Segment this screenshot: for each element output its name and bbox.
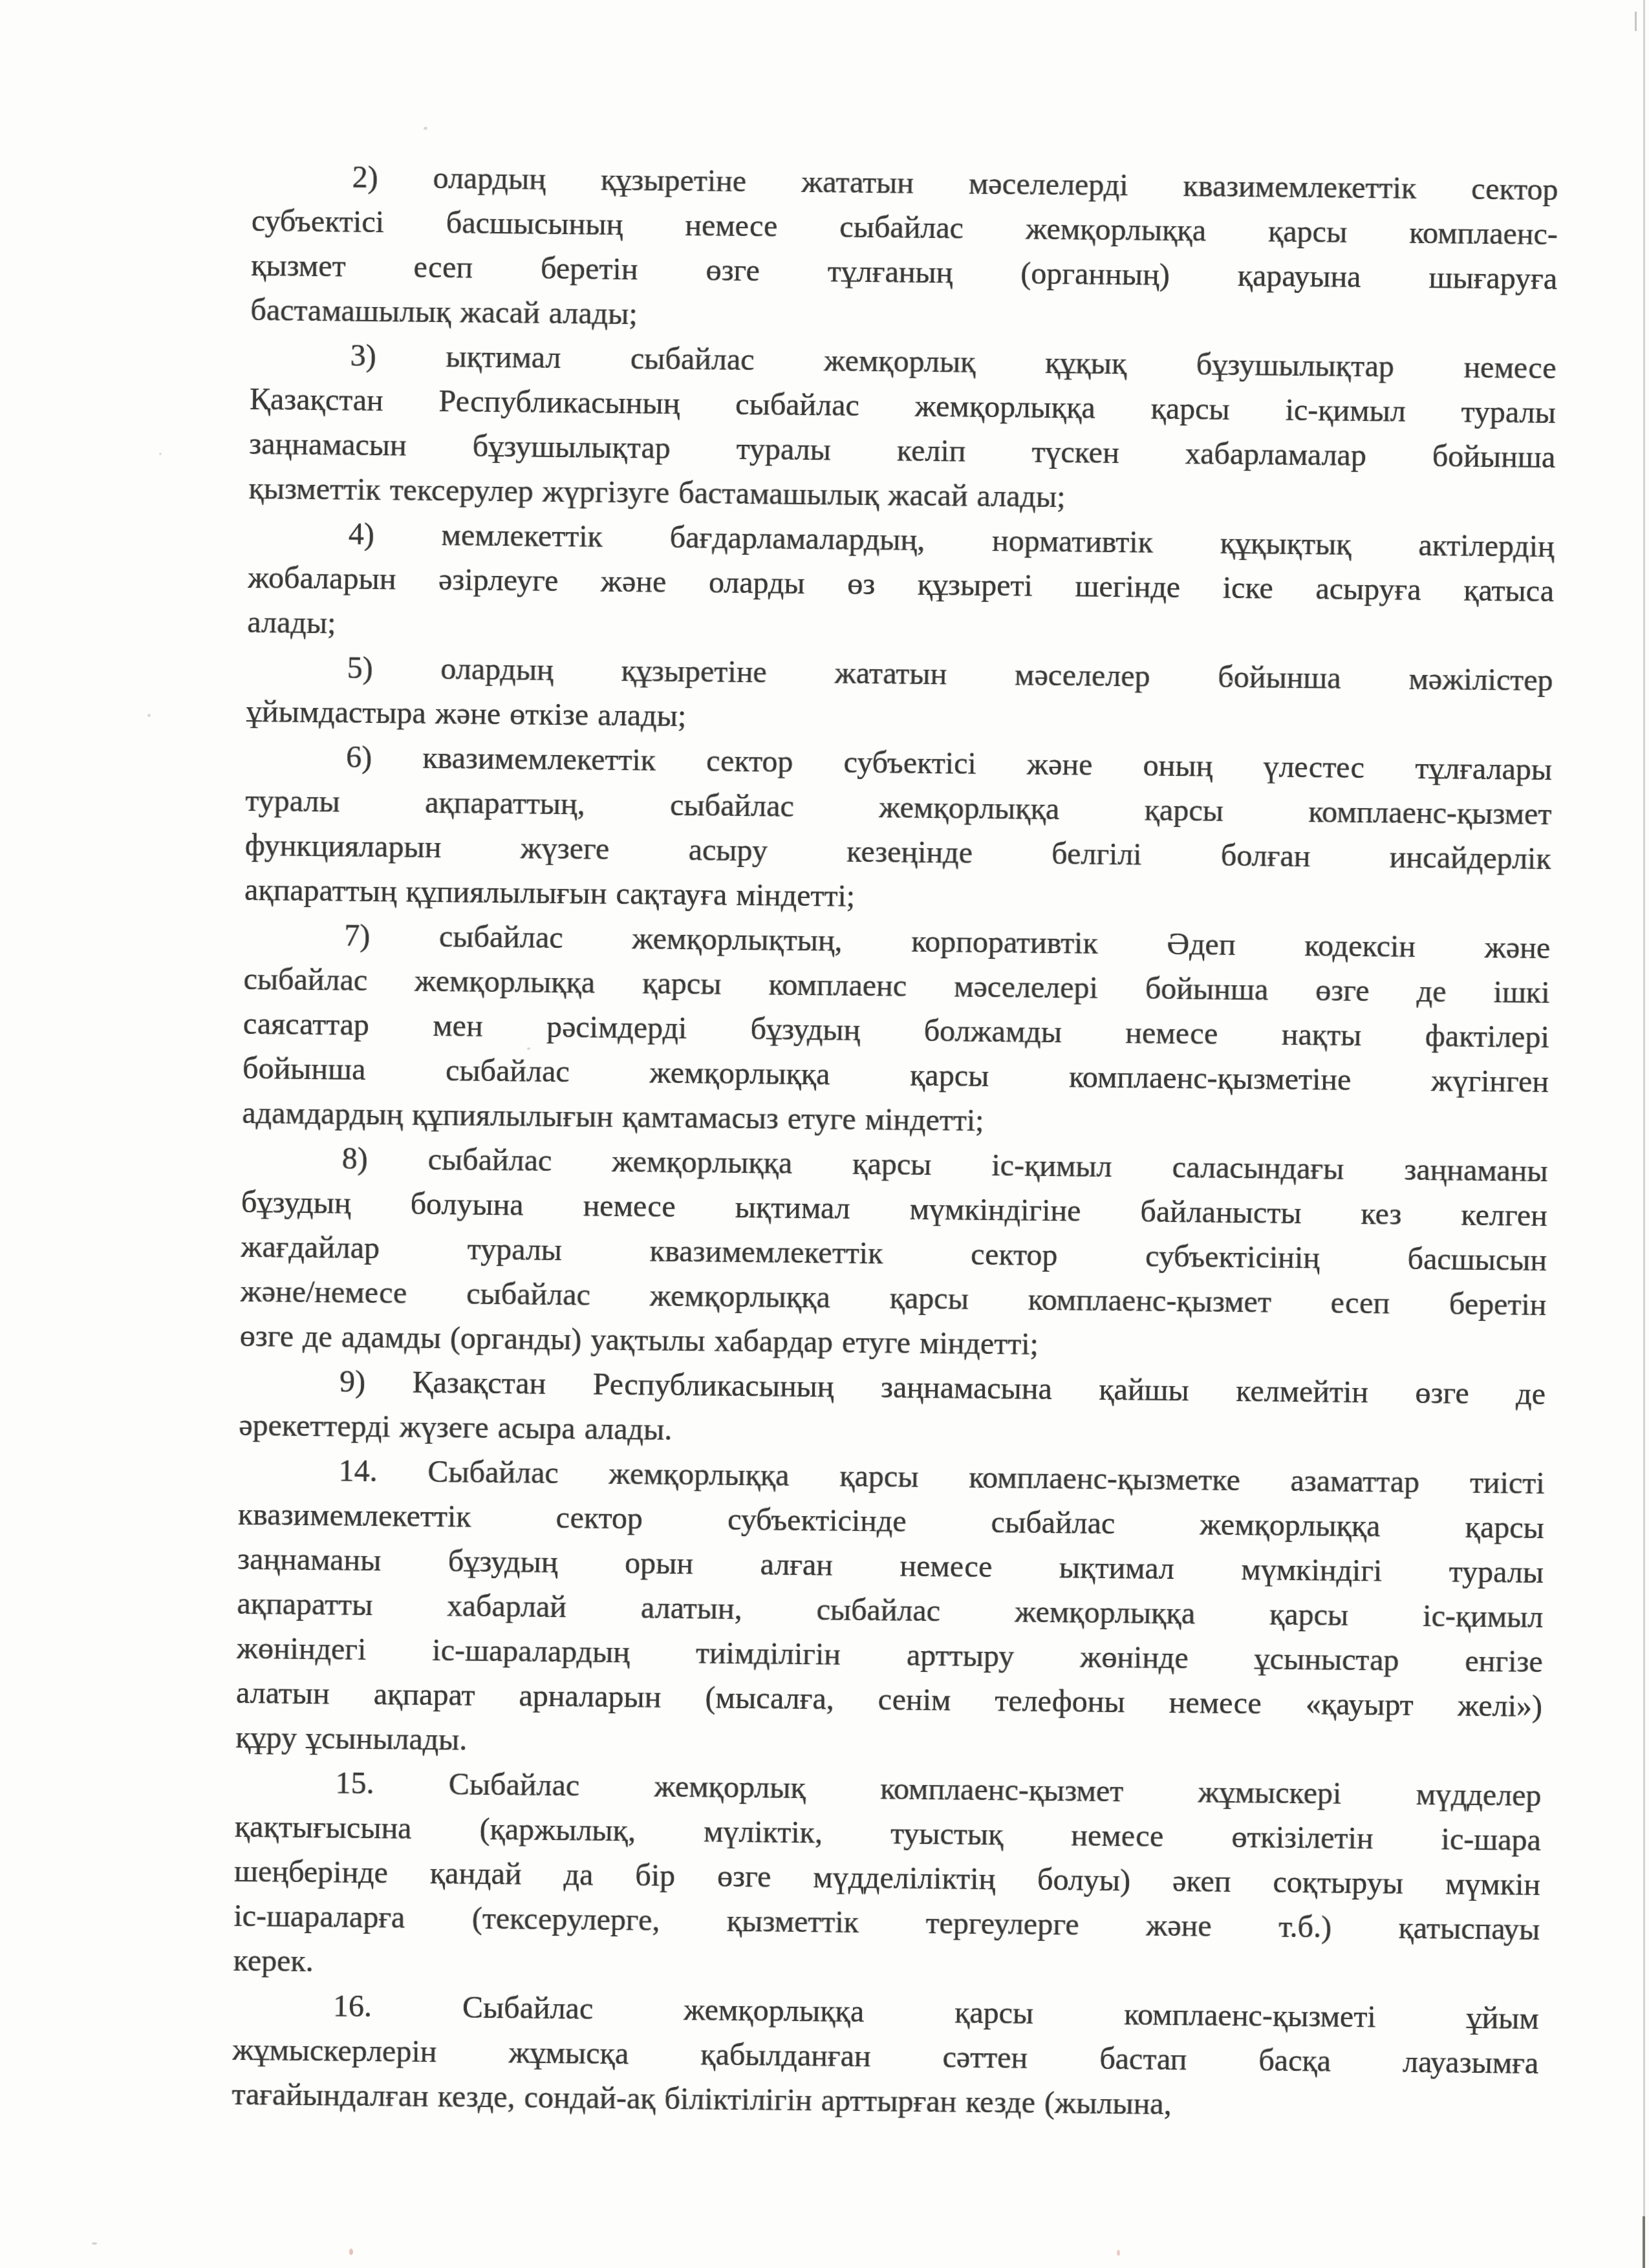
scanned-document-screenshot: { "page": { "kind": "scanned-document-pa… — [0, 0, 1649, 2268]
document-page: 2) олардың құзыретіне жататын мәселелерд… — [0, 0, 1649, 2268]
scanner-edge-line — [1643, 0, 1645, 2268]
scan-speck — [147, 714, 151, 717]
scan-speck — [1117, 2250, 1120, 2256]
scanner-edge-dash — [1635, 12, 1637, 31]
scan-speck — [527, 1047, 530, 1050]
scan-speck — [159, 453, 162, 455]
scan-speck — [349, 2249, 353, 2255]
scanner-edge-dark-segment — [1643, 2216, 1645, 2268]
scan-speck — [424, 127, 427, 130]
text-block: 2) олардың құзыретіне жататын мәселелерд… — [232, 154, 1558, 2130]
scan-speck — [1229, 680, 1232, 683]
scan-speck — [92, 2242, 97, 2245]
